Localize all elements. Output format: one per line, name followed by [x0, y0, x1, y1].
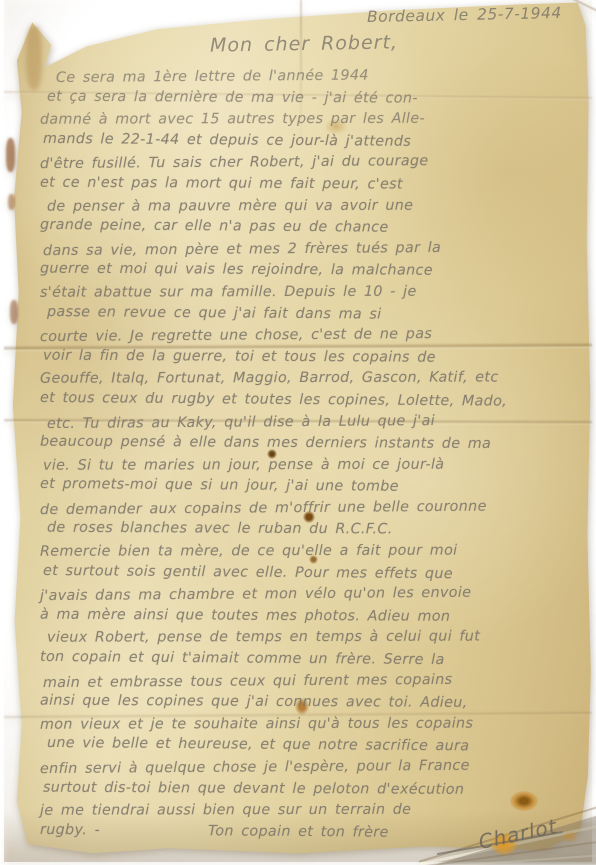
letter-line: guerre et moi qui vais les rejoindre, la… [40, 259, 574, 283]
letter-line: vie. Si tu te maries un jour, pense à mo… [40, 454, 574, 477]
letter-line: et ce n'est pas la mort qui me fait peur… [40, 173, 574, 197]
scanned-letter-photo: Bordeaux le 25-7-1944 Mon cher Robert, C… [0, 0, 596, 865]
letter-line: enfin servi à quelque chose je l'espère,… [40, 755, 574, 781]
letter-line: vieux Robert, pense de temps en temps à … [40, 627, 574, 650]
letter-line: damné à mort avec 15 autres types par le… [40, 108, 574, 131]
letter-line: et ça sera la dernière de ma vie - j'ai … [40, 86, 574, 110]
letter-line: de penser à ma pauvre mère qui va avoir … [40, 195, 574, 218]
letter-line: surtout dis-toi bien que devant le pelot… [40, 777, 574, 801]
letter-paper: Bordeaux le 25-7-1944 Mon cher Robert, C… [4, 0, 592, 862]
letter-line: voir la fin de la guerre, toi et tous le… [40, 345, 574, 369]
letter-line: s'était abattue sur ma famille. Depuis l… [40, 281, 574, 304]
handwriting-layer: Bordeaux le 25-7-1944 Mon cher Robert, C… [4, 0, 592, 862]
letter-line: Geouffe, Italq, Fortunat, Maggio, Barrod… [40, 368, 574, 391]
salutation: Mon cher Robert, [210, 31, 398, 56]
letter-line: beaucoup pensé à elle dans mes derniers … [40, 432, 574, 456]
letter-line: courte vie. Je regrette une chose, c'est… [40, 323, 574, 349]
letter-line: de roses blanches avec le ruban du R.C.F… [40, 518, 574, 542]
closing-word: rugby. - [40, 822, 100, 838]
letter-line: Remercie bien ta mère, de ce qu'elle a f… [40, 540, 574, 563]
letter-line: je me tiendrai aussi bien que sur un ter… [40, 799, 574, 822]
closing-phrase: Ton copain et ton frère [208, 823, 389, 840]
date-line: Bordeaux le 25-7-1944 [367, 4, 562, 26]
letter-line: à ma mère ainsi que toutes mes photos. A… [40, 604, 574, 628]
letter-line: ainsi que les copines que j'ai connues a… [40, 691, 574, 715]
letter-body: Ce sera ma 1ère lettre de l'année 1944 e… [40, 66, 574, 843]
letter-line: Ce sera ma 1ère lettre de l'année 1944 [40, 64, 574, 90]
